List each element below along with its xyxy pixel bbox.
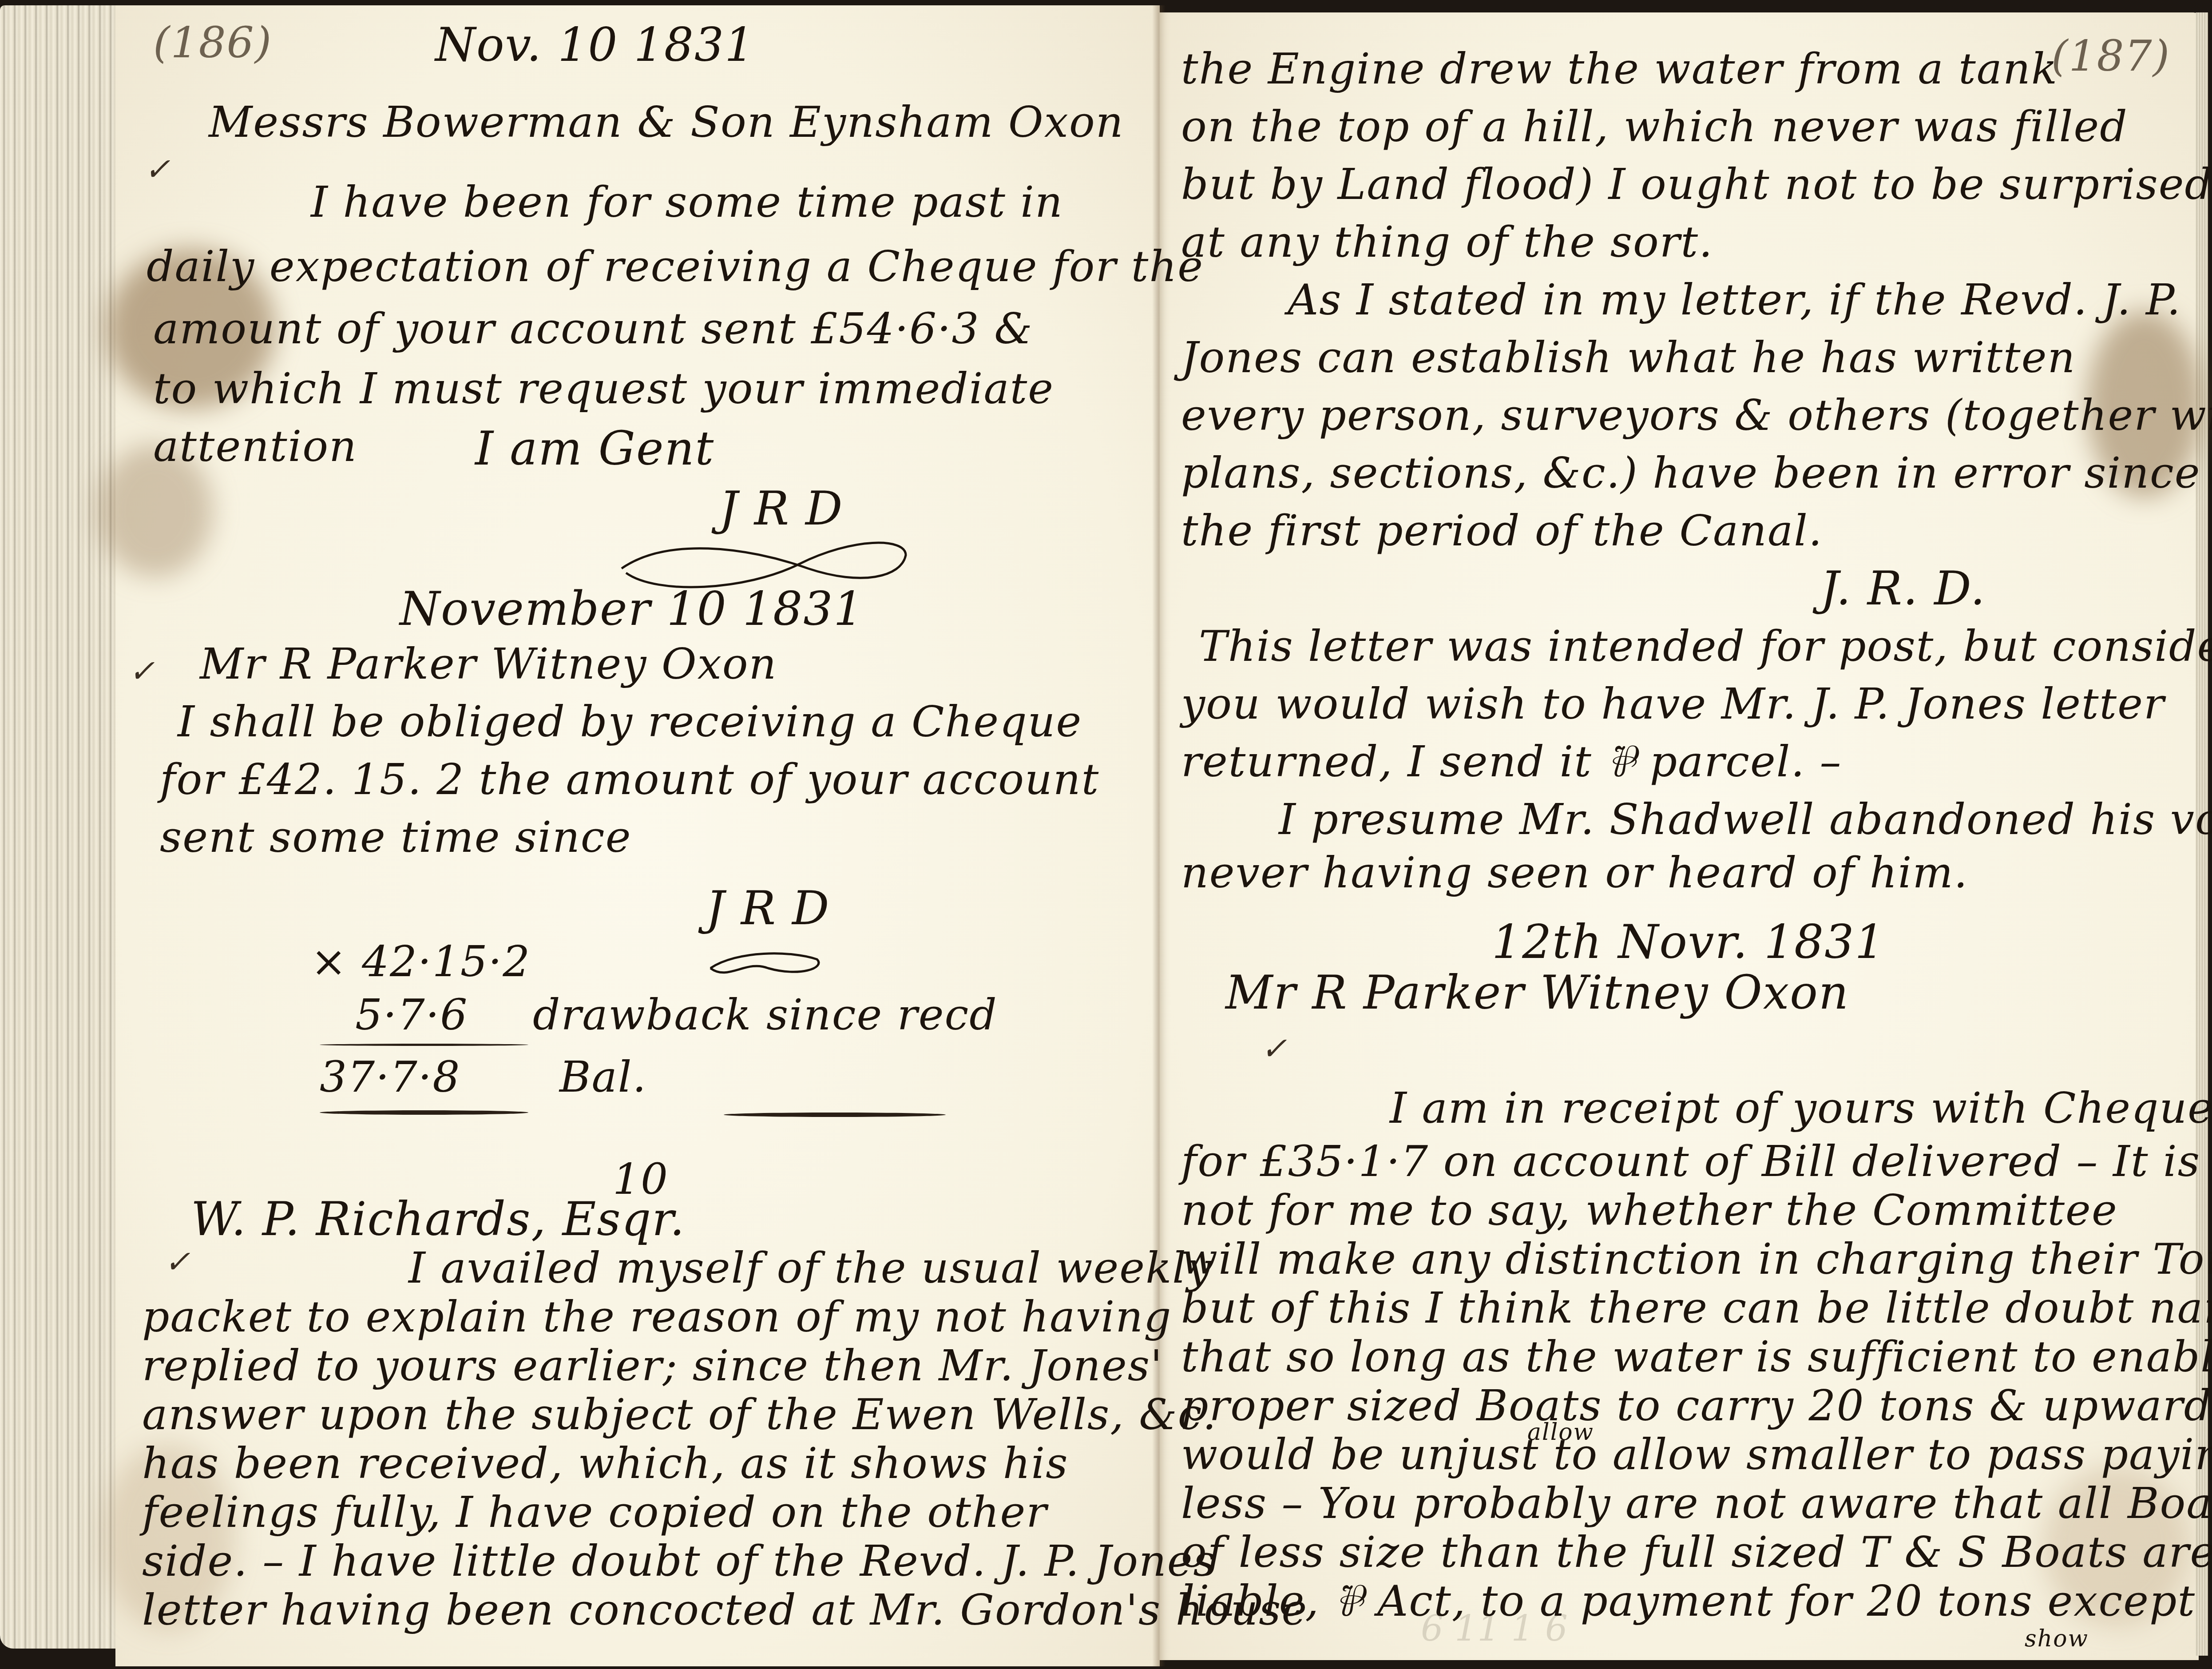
calc-note: Bal. xyxy=(559,1053,647,1101)
letter-line: but by Land flood) I ought not to be sur… xyxy=(1181,160,2212,209)
letter-line: proper sized Boats to carry 20 tons & up… xyxy=(1181,1381,2212,1430)
letter-line: the first period of the Canal. xyxy=(1181,506,1823,555)
separator-rule xyxy=(724,1113,946,1117)
catchword: show xyxy=(2025,1625,2089,1652)
check-mark-icon: ✓ xyxy=(164,1244,191,1280)
letter-line: has been received, which, as it shows hi… xyxy=(142,1439,1069,1488)
letter-line: I am in receipt of yours with Cheque xyxy=(1390,1084,2212,1133)
letter-line: I shall be obliged by receiving a Cheque xyxy=(178,697,1082,746)
closing: I am Gent xyxy=(475,424,714,473)
letter-line: would be unjust to allow smaller to pass… xyxy=(1181,1430,2212,1479)
calc-row: 37·7·8 xyxy=(320,1053,460,1101)
letter-line: feelings fully, I have copied on the oth… xyxy=(142,1488,1047,1537)
letter-line: will make any distinction in charging th… xyxy=(1181,1235,2212,1284)
addressee: Messrs Bowerman & Son Eynsham Oxon xyxy=(209,98,1124,147)
letter-line: on the top of a hill, which never was fi… xyxy=(1181,102,2128,151)
calc-note: drawback since recd xyxy=(533,990,998,1039)
postscript-line: you would wish to have Mr. J. P. Jones l… xyxy=(1181,680,2165,728)
check-mark-icon: ✓ xyxy=(129,653,156,689)
letter-line: amount of your account sent £54·6·3 & xyxy=(153,304,1033,353)
letter-line: letter having been concocted at Mr. Gord… xyxy=(142,1586,1308,1634)
entry-date: November 10 1831 xyxy=(400,582,864,636)
postscript-line: This letter was intended for post, but c… xyxy=(1199,622,2212,671)
letter-line: side. – I have little doubt of the Revd.… xyxy=(142,1537,1216,1586)
check-mark-icon: ✓ xyxy=(144,151,171,187)
sum-rule xyxy=(320,1044,528,1046)
letter-line: or at all events under his direction, & … xyxy=(142,1617,182,1665)
letter-line: plans, sections, &c.) have been in error… xyxy=(1181,449,2201,497)
letter-line: packet to explain the reason of my not h… xyxy=(142,1292,1172,1341)
postscript-line: never having seen or heard of him. xyxy=(1181,848,1968,897)
addressee: Mr R Parker Witney Oxon xyxy=(200,640,777,688)
letter-line: that so long as the water is sufficient … xyxy=(1181,1332,2212,1381)
postscript-line: returned, I send it ⅌ parcel. – xyxy=(1181,737,1842,786)
letter-line: liable, ⅌ Act, to a payment for 20 tons … xyxy=(1181,1577,2196,1625)
letter-line: to which I must request your immediate xyxy=(153,364,1054,413)
letter-line: answer upon the subject of the Ewen Well… xyxy=(142,1390,1217,1439)
letter-line: for £42. 15. 2 the amount of your accoun… xyxy=(160,755,1099,804)
letter-line: attention xyxy=(153,422,357,471)
letter-line: Jones can establish what he has written xyxy=(1181,333,2076,382)
signature: J. R. D. xyxy=(1820,564,1986,613)
letter-line: I availed myself of the usual weekly xyxy=(408,1244,1212,1292)
page-edge-stack xyxy=(0,5,122,1649)
letter-line: sent some time since xyxy=(160,813,631,862)
entry-date: 12th Novr. 1831 xyxy=(1492,915,1885,969)
postscript-line: I presume Mr. Shadwell abandoned his voy… xyxy=(1279,795,2212,844)
letter-line: every person, surveyors & others (togeth… xyxy=(1181,391,2212,440)
letter-line: but of this I think there can be little … xyxy=(1181,1284,2212,1332)
letter-line: I have been for some time past in xyxy=(311,178,1063,227)
page-number: (187) xyxy=(2051,31,2170,81)
letter-line: not for me to say, whether the Committee xyxy=(1181,1186,2118,1235)
calc-row: 5·7·6 xyxy=(355,990,468,1039)
letter-line: less – You probably are not aware that a… xyxy=(1181,1479,2212,1528)
addressee: Mr R Parker Witney Oxon xyxy=(1225,968,1849,1017)
entry-date: Nov. 10 1831 xyxy=(435,18,755,72)
signature: J R D xyxy=(719,484,844,533)
letter-line: replied to yours earlier; since then Mr.… xyxy=(142,1341,1163,1390)
calc-row: × 42·15·2 xyxy=(311,937,531,986)
letter-line: for £35·1·7 on account of Bill delivered… xyxy=(1181,1137,2200,1186)
letter-line: daily expectation of receiving a Cheque … xyxy=(147,242,1204,291)
signature: J R D xyxy=(706,884,830,933)
letter-book-spread: 6 11 1 6 (186) Nov. 10 1831 Messrs Bower… xyxy=(0,0,2212,1669)
page-number: (186) xyxy=(153,18,272,68)
letter-line: of less size than the full sized T & S B… xyxy=(1181,1528,2212,1577)
check-mark-icon: ✓ xyxy=(1261,1030,1288,1067)
letter-line: at any thing of the sort. xyxy=(1181,218,1713,266)
double-rule xyxy=(320,1110,528,1115)
letter-line: As I stated in my letter, if the Revd. J… xyxy=(1288,275,2181,324)
letter-line: the Engine drew the water from a tank xyxy=(1181,44,2058,93)
addressee: W. P. Richards, Esqr. xyxy=(191,1195,686,1244)
signature-flourish xyxy=(702,942,835,986)
